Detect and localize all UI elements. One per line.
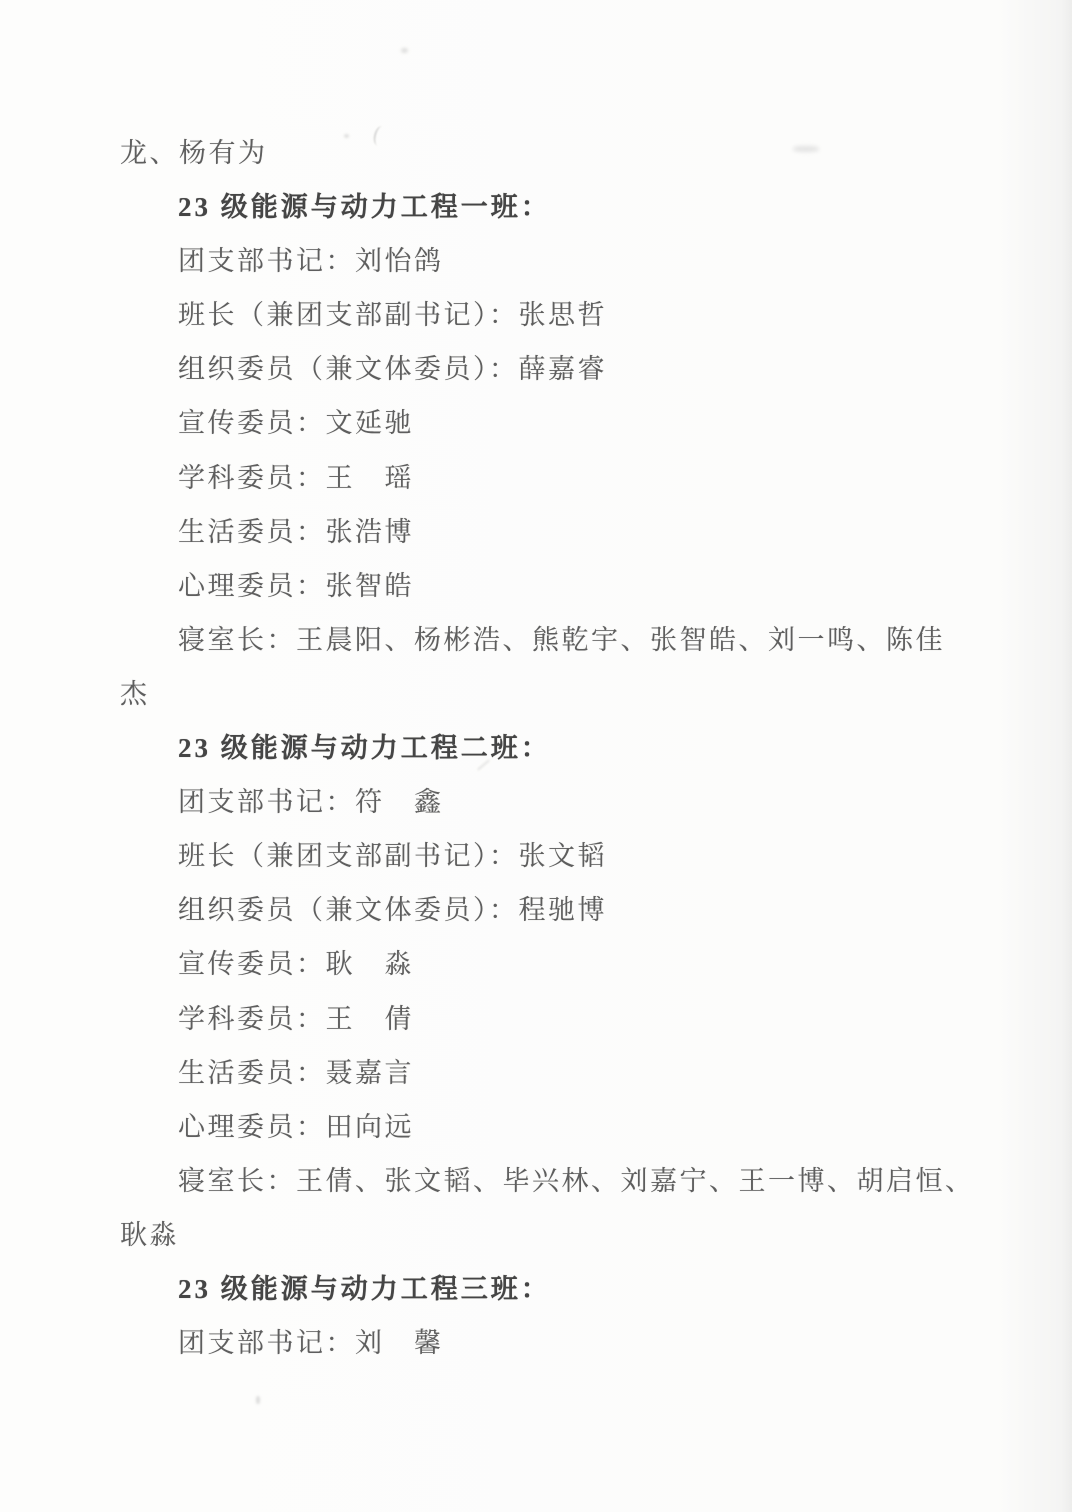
officer-roster-line: 组织委员（兼文体委员）：程驰博 xyxy=(120,883,968,937)
scanned-document-page: 龙、杨有为23 级能源与动力工程一班：团支部书记：刘怡鸽班长（兼团支部副书记）：… xyxy=(0,0,1072,1512)
wrapped-continuation-line: 耿淼 xyxy=(120,1208,968,1262)
officer-roster-line: 团支部书记：刘 馨 xyxy=(120,1316,968,1370)
class-section-heading: 23 级能源与动力工程二班： xyxy=(120,721,968,775)
officer-roster-line: 团支部书记：符 鑫 xyxy=(120,775,968,829)
officer-roster-line: 生活委员：张浩博 xyxy=(120,505,968,559)
officer-roster-line: 团支部书记：刘怡鸽 xyxy=(120,234,968,288)
document-text-block: 龙、杨有为23 级能源与动力工程一班：团支部书记：刘怡鸽班长（兼团支部副书记）：… xyxy=(120,126,968,1370)
officer-roster-line: 班长（兼团支部副书记）：张文韬 xyxy=(120,829,968,883)
class-section-heading: 23 级能源与动力工程一班： xyxy=(120,180,968,234)
officer-roster-line: 寝室长：王倩、张文韬、毕兴林、刘嘉宁、王一博、胡启恒、 xyxy=(120,1154,968,1208)
officer-roster-line: 生活委员：聂嘉言 xyxy=(120,1046,968,1100)
officer-roster-line: 宣传委员：耿 淼 xyxy=(120,937,968,991)
scan-artifact xyxy=(256,1396,260,1404)
wrapped-continuation-line: 龙、杨有为 xyxy=(120,126,968,180)
officer-roster-line: 组织委员（兼文体委员）：薛嘉睿 xyxy=(120,342,968,396)
officer-roster-line: 班长（兼团支部副书记）：张思哲 xyxy=(120,288,968,342)
officer-roster-line: 心理委员：田向远 xyxy=(120,1100,968,1154)
wrapped-continuation-line: 杰 xyxy=(120,667,968,721)
scan-artifact xyxy=(401,48,408,53)
officer-roster-line: 宣传委员：文延驰 xyxy=(120,396,968,450)
officer-roster-line: 学科委员：王 倩 xyxy=(120,992,968,1046)
class-section-heading: 23 级能源与动力工程三班： xyxy=(120,1262,968,1316)
officer-roster-line: 学科委员：王 瑶 xyxy=(120,451,968,505)
officer-roster-line: 寝室长：王晨阳、杨彬浩、熊乾宇、张智皓、刘一鸣、陈佳 xyxy=(120,613,968,667)
officer-roster-line: 心理委员：张智皓 xyxy=(120,559,968,613)
